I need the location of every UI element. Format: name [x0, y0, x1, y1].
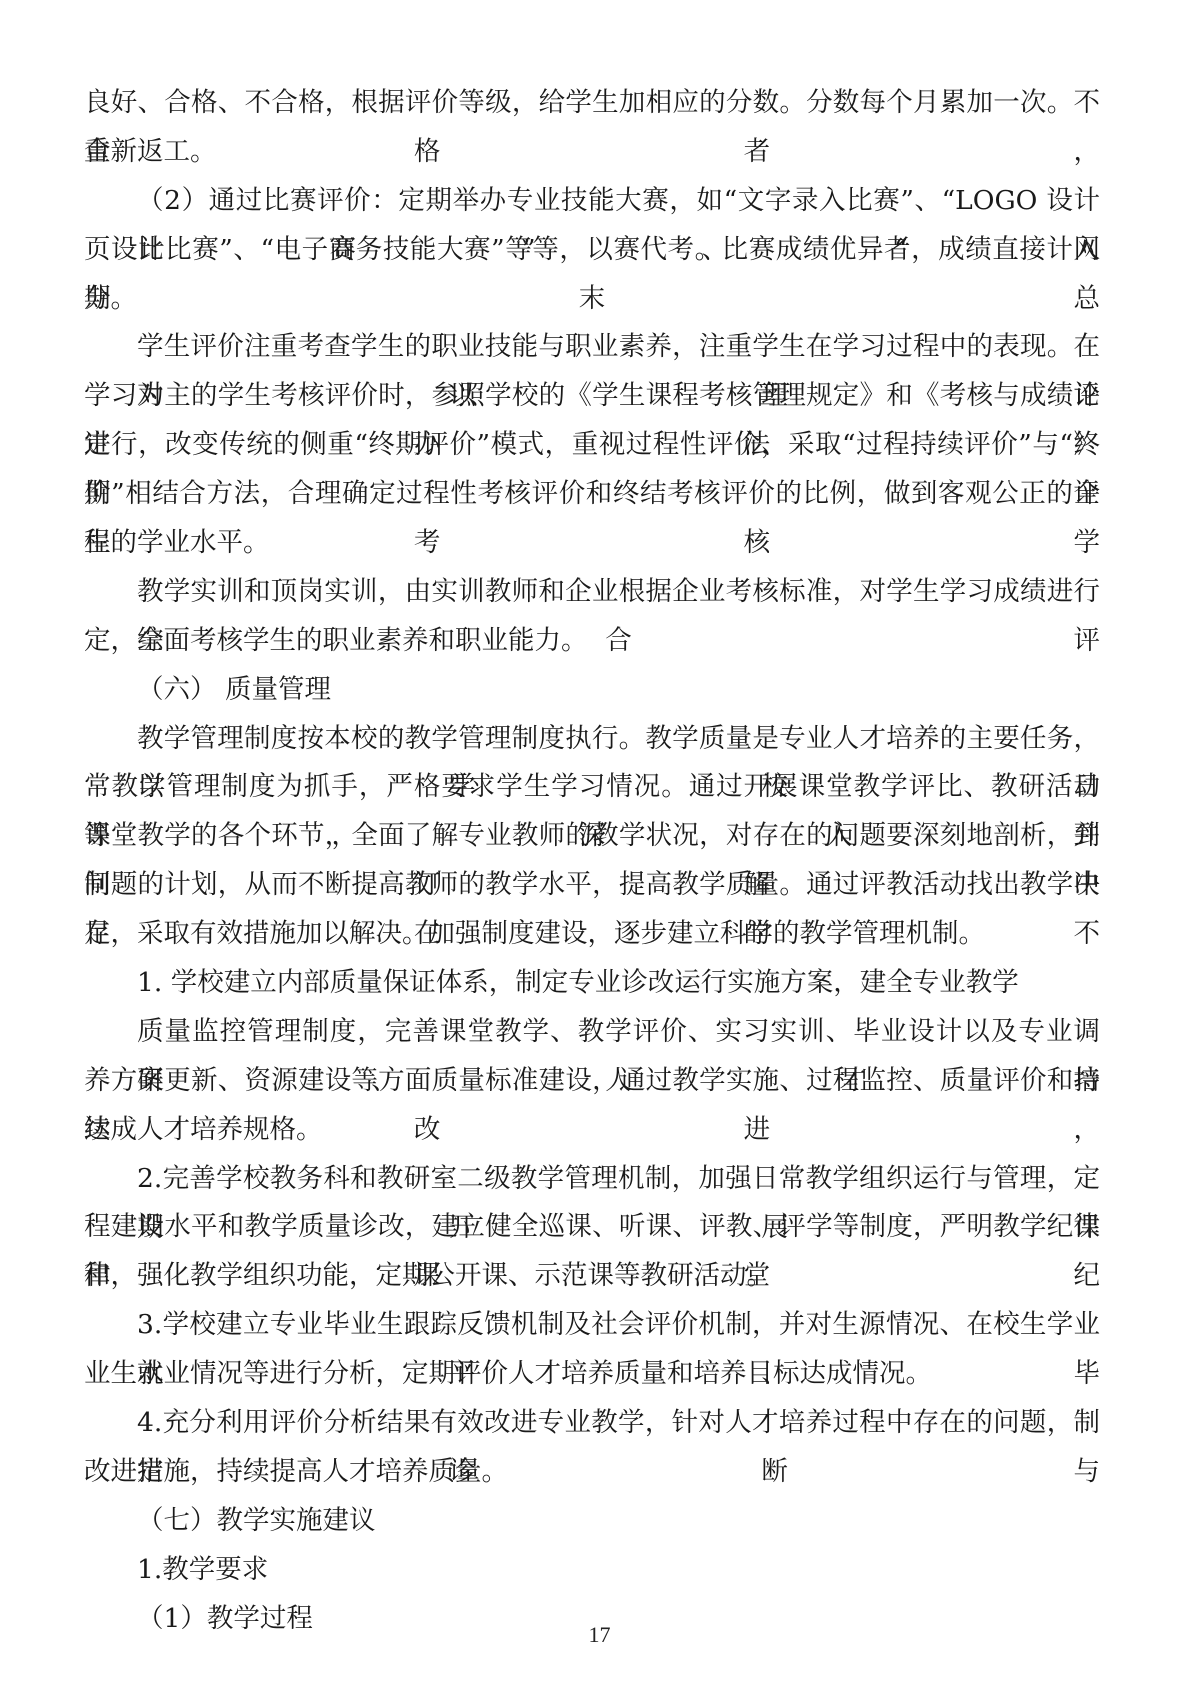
text-line: 养方案更新、资源建设等方面质量标准建设，通过教学实施、过程监控、质量评价和持续改… — [84, 1057, 1100, 1106]
text-line: 进行，改变传统的侧重“终期评价”模式，重视过程性评价，采取“过程持续评价”与“终… — [84, 421, 1100, 470]
text-line: 常教学管理制度为抓手，严格要求学生学习情况。通过开展课堂教学评比、教研活动等，深… — [84, 763, 1100, 812]
page-body: 良好、合格、不合格，根据评价等级，给学生加相应的分数。分数每个月累加一次。不合格… — [84, 79, 1100, 1644]
text-line: 学习为主的学生考核评价时，参照学校的《学生课程考核管理规定》和《考核与成绩评定办… — [84, 372, 1100, 421]
list-item-3: 3.学校建立专业毕业生跟踪反馈机制及社会评价机制，并对生源情况、在校生学业水平、… — [84, 1301, 1100, 1350]
section-number: （六） — [137, 666, 225, 715]
subheading-teaching-requirements: 1.教学要求 — [84, 1546, 1100, 1595]
list-item-4: 4.充分利用评价分析结果有效改进专业教学，针对人才培养过程中存在的问题，制定诊断… — [84, 1399, 1100, 1448]
page-number: 17 — [0, 1622, 1199, 1648]
text-line: 程建设水平和教学质量诊改，建立健全巡课、听课、评教、评学等制度，严明教学纪律和课… — [84, 1203, 1100, 1252]
text-line: 课堂教学的各个环节，全面了解专业教师的教学状况，对存在的问题要深刻地剖析，并制订… — [84, 812, 1100, 861]
text-line: 问题的计划，从而不断提高教师的教学水平，提高教学质量。通过评教活动找出教学中存在… — [84, 861, 1100, 910]
text-line: 学生评价注重考查学生的职业技能与职业素养，注重学生在学习过程中的表现。在对以理论 — [84, 323, 1100, 372]
section-heading-teaching-suggestions: （七）教学实施建议 — [84, 1497, 1100, 1546]
text-line: （2）通过比赛评价：定期举办专业技能大赛，如“文字录入比赛”、“LOGO 设计比… — [84, 177, 1100, 226]
text-line: 质量监控管理制度，完善课堂教学、教学评价、实习实训、毕业设计以及专业调研、人才培 — [84, 1008, 1100, 1057]
text-line: 良好、合格、不合格，根据评价等级，给学生加相应的分数。分数每个月累加一次。不合格… — [84, 79, 1100, 128]
text-line: 教学管理制度按本校的教学管理制度执行。教学质量是专业人才培养的主要任务，以学校日 — [84, 715, 1100, 764]
text-line: 教学实训和顶岗实训，由实训教师和企业根据企业考核标准，对学生学习成绩进行综合评 — [84, 568, 1100, 617]
section-heading-quality-management: （六）质量管理 — [84, 666, 1100, 715]
document-page: 良好、合格、不合格，根据评价等级，给学生加相应的分数。分数每个月累加一次。不合格… — [0, 0, 1199, 1696]
list-item-2: 2.完善学校教务科和教研室二级教学管理机制，加强日常教学组织运行与管理，定期开展… — [84, 1155, 1100, 1204]
section-title: 质量管理 — [225, 674, 331, 705]
text-line: 价”相结合方法，合理确定过程性考核评价和终结考核评价的比例，做到客观公正的全程考… — [84, 470, 1100, 519]
text-line: 足，采取有效措施加以解决。加强制度建设，逐步建立科学的教学管理机制。 — [84, 910, 1100, 959]
text-line: 页设计比赛”、“电子商务技能大赛”等等，以赛代考。比赛成绩优异者，成绩直接计入期… — [84, 226, 1100, 275]
list-item-1: 1. 学校建立内部质量保证体系，制定专业诊改运行实施方案，建全专业教学 — [84, 959, 1100, 1008]
